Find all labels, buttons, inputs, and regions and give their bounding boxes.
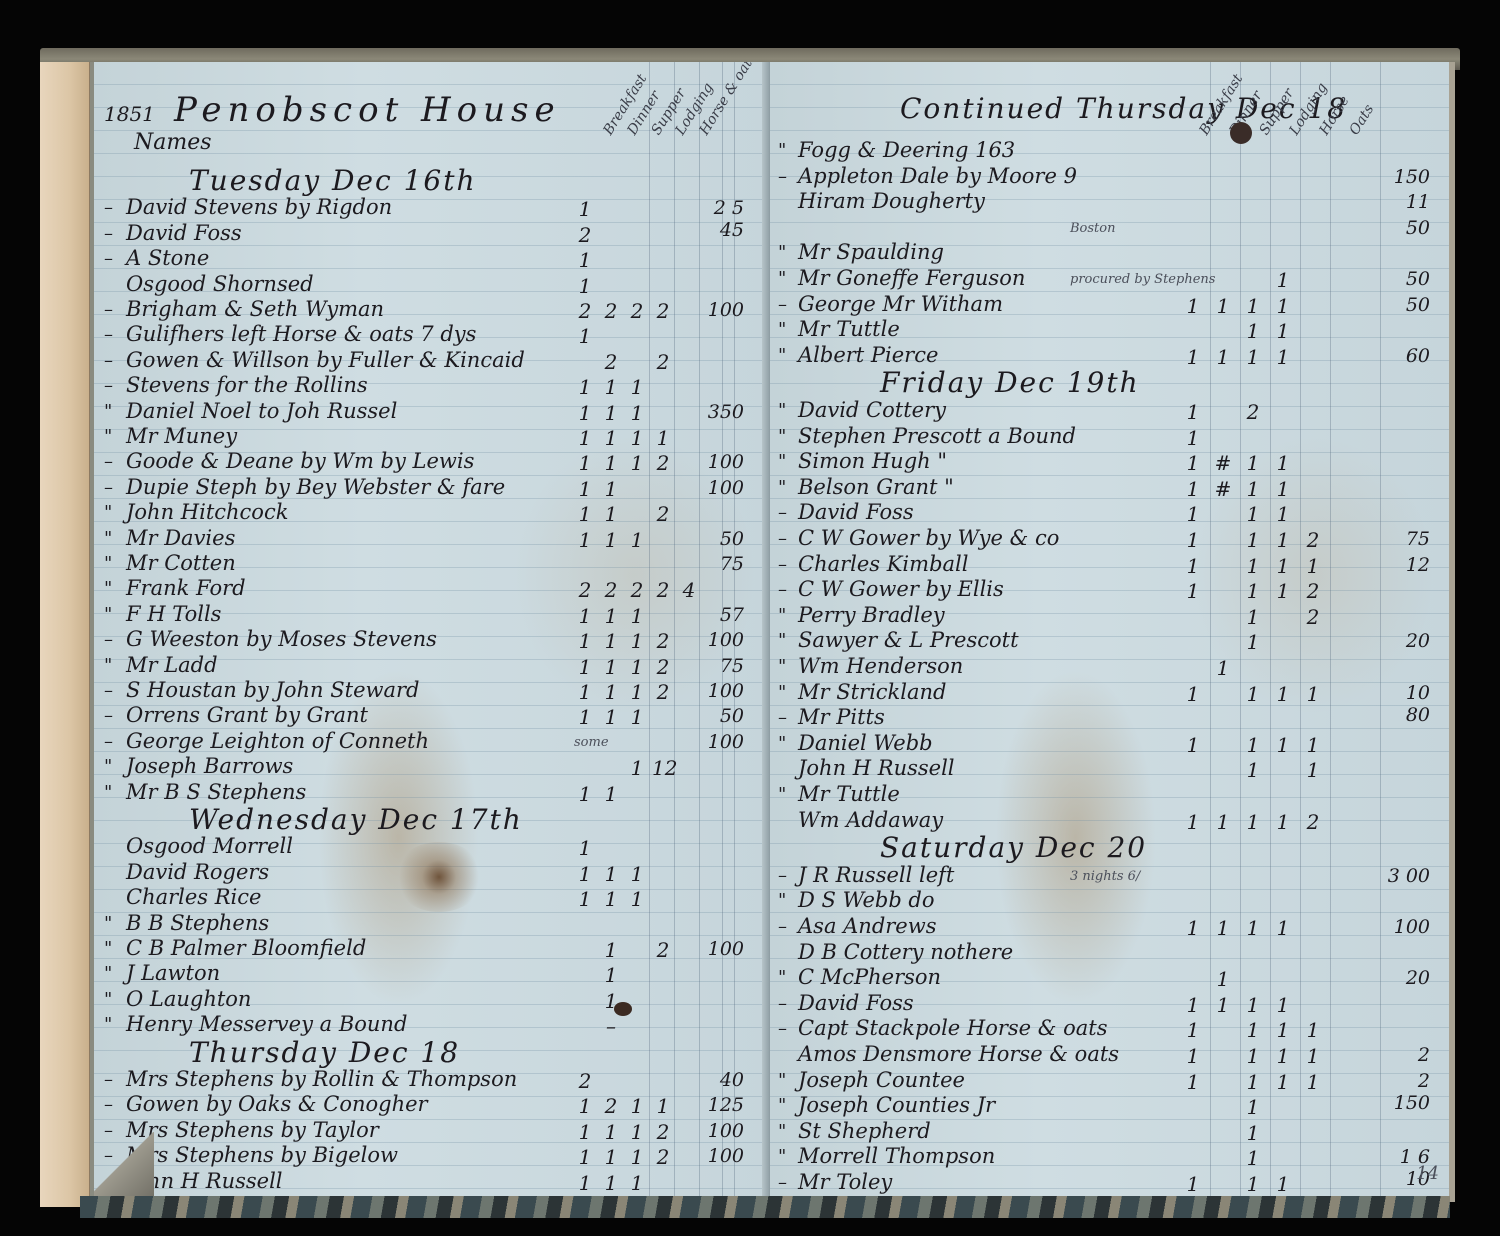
tally-cell: –: [600, 1014, 622, 1038]
row-mark: –: [778, 865, 787, 886]
guest-name: C W Gower by Ellis: [798, 577, 1004, 601]
tally-cell: 4: [678, 578, 700, 602]
row-mark: ": [104, 528, 112, 549]
amount: 100: [694, 1145, 744, 1167]
ink-stain: [394, 842, 484, 912]
guest-name: Capt Stackpole Horse & oats: [798, 1016, 1108, 1040]
tally-cell: 1: [1272, 268, 1294, 292]
tally-cell: 1: [1182, 1070, 1204, 1094]
tally-cell: 1: [600, 938, 622, 962]
tally-cell: 1: [1182, 733, 1204, 757]
guest-name: Daniel Noel to Joh Russel: [126, 399, 397, 423]
row-mark: –: [778, 294, 787, 315]
row-mark: –: [778, 166, 787, 187]
tally-cell: 1: [574, 862, 596, 886]
guest-name: J Lawton: [126, 961, 220, 985]
tally-cell: 1: [1242, 345, 1264, 369]
row-mark: –: [778, 554, 787, 575]
tally-cell: 1: [1242, 502, 1264, 526]
tally-cell: 1: [1182, 294, 1204, 318]
guest-name: George Mr Witham: [798, 292, 1003, 316]
tally-cell: 1: [600, 1145, 622, 1169]
tally-cell: 1: [574, 375, 596, 399]
guest-name: David Cottery: [798, 398, 946, 422]
guest-name: C W Gower by Wye & co: [798, 526, 1059, 550]
row-mark: –: [778, 993, 787, 1014]
tally-cell: 1: [1272, 528, 1294, 552]
guest-name: Charles Kimball: [798, 552, 968, 576]
tally-cell: 1: [1242, 1172, 1264, 1196]
guest-name: B B Stephens: [126, 911, 269, 935]
amount: 100: [694, 629, 744, 651]
tally-cell: 2: [652, 350, 674, 374]
tally-cell: 2: [574, 223, 596, 247]
names-column-label: Names: [134, 130, 212, 155]
tally-cell: 1: [1272, 1044, 1294, 1068]
amount: 50: [1380, 294, 1430, 316]
guest-name: David Foss: [126, 221, 242, 245]
tally-cell: 1: [1242, 1018, 1264, 1042]
amount: 100: [694, 477, 744, 499]
guest-name: Simon Hugh ": [798, 449, 947, 473]
tally-cell: 1: [1272, 993, 1294, 1017]
tally-cell: 1: [1272, 502, 1294, 526]
tally-cell: 1: [1182, 451, 1204, 475]
tally-cell: 1: [1242, 554, 1264, 578]
amount: 12: [1380, 554, 1430, 576]
tally-cell: 1: [1302, 682, 1324, 706]
tally-cell: 1: [626, 604, 648, 628]
row-mark: –: [778, 707, 787, 728]
tally-cell: 1: [1272, 554, 1294, 578]
entry-note: procured by Stephens: [1070, 272, 1215, 287]
tally-cell: 1: [1272, 477, 1294, 501]
row-mark: –: [778, 528, 787, 549]
row-mark: –: [778, 1172, 787, 1193]
row-mark: ": [778, 1146, 786, 1167]
row-mark: ": [778, 1070, 786, 1091]
guest-name: Asa Andrews: [798, 914, 937, 938]
tally-cell: 1: [1182, 579, 1204, 603]
tally-cell: 1: [574, 248, 596, 272]
tally-cell: 1: [1182, 345, 1204, 369]
tally-cell: 1: [600, 782, 622, 806]
tally-cell: 1: [1272, 1172, 1294, 1196]
tally-cell: #: [1212, 477, 1234, 501]
tally-cell: 1: [574, 1145, 596, 1169]
tally-cell: 2: [652, 451, 674, 475]
tally-cell: 1: [1272, 810, 1294, 834]
row-mark: –: [104, 1069, 113, 1090]
guest-name: C McPherson: [798, 965, 941, 989]
left-page: 1851 Penobscot House Names BreakfastDinn…: [90, 62, 770, 1202]
row-mark: –: [104, 375, 113, 396]
guest-name: Mr Muney: [126, 424, 237, 448]
tally-cell: 1: [574, 401, 596, 425]
tally-cell: 1: [600, 887, 622, 911]
tally-cell: 1: [600, 705, 622, 729]
tally-cell: 1: [600, 401, 622, 425]
tally-cell: 1: [1242, 630, 1264, 654]
row-mark: ": [104, 401, 112, 422]
tally-cell: 2: [652, 938, 674, 962]
guest-name: George Leighton of Conneth: [126, 729, 429, 753]
tally-cell: 1: [1242, 1044, 1264, 1068]
row-mark: –: [104, 680, 113, 701]
row-mark: ": [778, 630, 786, 651]
row-mark: ": [778, 242, 786, 263]
tally-cell: 2: [1242, 400, 1264, 424]
tally-cell: 1: [574, 1171, 596, 1195]
amount: 100: [1380, 916, 1430, 938]
entry-note: 3 nights 6/: [1070, 869, 1140, 884]
row-mark: ": [778, 451, 786, 472]
row-mark: –: [104, 350, 113, 371]
row-mark: –: [778, 579, 787, 600]
tally-cell: 2: [600, 1094, 622, 1118]
tally-cell: 1: [600, 528, 622, 552]
tally-cell: 1: [1272, 294, 1294, 318]
tally-cell: 1: [1272, 916, 1294, 940]
guest-name: Osgood Shornsed: [126, 272, 314, 296]
amount: 100: [694, 299, 744, 321]
row-mark: ": [778, 345, 786, 366]
row-mark: ": [104, 604, 112, 625]
tally-cell: 1: [574, 836, 596, 860]
row-mark: –: [104, 248, 113, 269]
tally-cell: 2: [652, 629, 674, 653]
tally-cell: 2: [652, 578, 674, 602]
guest-name: John H Russell: [798, 756, 955, 780]
tally-cell: 1: [1242, 1121, 1264, 1145]
row-mark: ": [104, 782, 112, 803]
open-ledger-book: 1851 Penobscot House Names BreakfastDinn…: [40, 48, 1470, 1218]
guest-name: Perry Bradley: [798, 603, 945, 627]
tally-cell: 1: [1182, 993, 1204, 1017]
tally-cell: 1: [652, 1094, 674, 1118]
guest-name: Mrs Stephens by Taylor: [126, 1118, 379, 1142]
tally-cell: 1: [600, 604, 622, 628]
guest-name: Brigham & Seth Wyman: [126, 297, 384, 321]
tally-cell: 1: [1272, 733, 1294, 757]
guest-name: John Hitchcock: [126, 500, 288, 524]
tally-cell: 2: [574, 578, 596, 602]
amount: 60: [1380, 345, 1430, 367]
guest-name: Belson Grant ": [798, 475, 954, 499]
year-label: 1851: [104, 102, 155, 126]
day-heading: Friday Dec 19th: [880, 366, 1140, 399]
day-heading: Tuesday Dec 16th: [189, 164, 477, 197]
guest-name: Stevens for the Rollins: [126, 373, 368, 397]
tally-cell: 1: [1302, 1044, 1324, 1068]
row-mark: ": [778, 426, 786, 447]
tally-cell: 1: [1182, 810, 1204, 834]
guest-name: Osgood Morrell: [126, 834, 293, 858]
right-page: Continued Thursday Dec 18 BreakfastDinne…: [770, 62, 1455, 1202]
row-mark: ": [104, 655, 112, 676]
tally-cell: 1: [1302, 1018, 1324, 1042]
tally-cell: 1: [1182, 528, 1204, 552]
tally-cell: 1: [1272, 1070, 1294, 1094]
amount: 57: [694, 604, 744, 626]
amount: 20: [1380, 967, 1430, 989]
row-mark: –: [104, 477, 113, 498]
tally-cell: 2: [1302, 579, 1324, 603]
guest-name: Mr Pitts: [798, 705, 885, 729]
tally-cell: 1: [1212, 967, 1234, 991]
guest-name: Frank Ford: [126, 576, 246, 600]
row-mark: ": [778, 140, 786, 161]
row-mark: ": [104, 963, 112, 984]
row-mark: ": [778, 605, 786, 626]
guest-name: Joseph Barrows: [126, 754, 293, 778]
ledger-row: Hiram Dougherty11: [770, 191, 1449, 218]
amount: 3 00: [1380, 865, 1430, 887]
guest-name: David Foss: [798, 991, 914, 1015]
guest-name: S Houstan by John Steward: [126, 678, 419, 702]
tally-cell: 1: [574, 1094, 596, 1118]
row-mark: ": [778, 733, 786, 754]
tally-cell: 1: [1242, 758, 1264, 782]
tally-cell: 1: [1242, 477, 1264, 501]
guest-name: Mr Cotten: [126, 551, 236, 575]
row-mark: ": [778, 682, 786, 703]
guest-name: D S Webb do: [798, 888, 935, 912]
guest-name: Mrs Stephens by Bigelow: [126, 1143, 398, 1167]
tally-cell: 1: [600, 680, 622, 704]
row-mark: ": [778, 400, 786, 421]
guest-name: Amos Densmore Horse & oats: [798, 1042, 1119, 1066]
tally-cell: 1: [574, 197, 596, 221]
tally-cell: 1: [1242, 579, 1264, 603]
tally-cell: 2: [652, 680, 674, 704]
guest-name: Fogg & Deering 163: [798, 138, 1015, 162]
tally-cell: 1: [626, 629, 648, 653]
guest-name: Gowen by Oaks & Conogher: [126, 1092, 428, 1116]
guest-name: Stephen Prescott a Bound: [798, 424, 1076, 448]
row-mark: ": [104, 1014, 112, 1035]
page-title: Penobscot House: [174, 90, 561, 130]
row-mark: –: [104, 299, 113, 320]
tally-cell: 1: [626, 1120, 648, 1144]
row-mark: –: [104, 1094, 113, 1115]
column-header: Oats: [1346, 102, 1377, 138]
amount: 75: [694, 655, 744, 677]
row-mark: –: [104, 451, 113, 472]
tally-cell: 1: [626, 680, 648, 704]
row-mark: ": [104, 502, 112, 523]
tally-cell: 1: [626, 887, 648, 911]
tally-cell: 1: [1272, 451, 1294, 475]
guest-name: Goode & Deane by Wm by Lewis: [126, 449, 474, 473]
tally-cell: 1: [574, 680, 596, 704]
entry-note: some: [574, 735, 609, 750]
day-heading: Wednesday Dec 17th: [189, 803, 523, 836]
tally-cell: 1: [1302, 758, 1324, 782]
guest-name: Joseph Countee: [798, 1068, 965, 1092]
tally-cell: 1: [600, 426, 622, 450]
tally-cell: 1: [1242, 605, 1264, 629]
tally-cell: 1: [574, 604, 596, 628]
day-heading: Thursday Dec 18: [189, 1036, 460, 1069]
amount: 40: [694, 1069, 744, 1091]
tally-cell: 1: [626, 1145, 648, 1169]
tally-cell: 1: [626, 705, 648, 729]
row-mark: ": [778, 319, 786, 340]
tally-cell: 1: [574, 1120, 596, 1144]
tally-cell: 1: [1272, 682, 1294, 706]
entry-note: Boston: [1070, 221, 1115, 236]
row-mark: ": [104, 426, 112, 447]
guest-name: Mr Strickland: [798, 680, 947, 704]
tally-cell: 1: [574, 502, 596, 526]
tally-cell: 2: [652, 299, 674, 323]
guest-name: Albert Pierce: [798, 343, 938, 367]
tally-cell: 1: [1242, 1146, 1264, 1170]
row-mark: ": [104, 913, 112, 934]
guest-name: Mrs Stephens by Rollin & Thompson: [126, 1067, 517, 1091]
row-mark: –: [104, 223, 113, 244]
guest-name: David Foss: [798, 500, 914, 524]
row-mark: –: [778, 502, 787, 523]
tally-cell: 2: [626, 578, 648, 602]
tally-cell: 1: [574, 887, 596, 911]
tally-cell: 12: [652, 756, 674, 780]
row-mark: –: [104, 324, 113, 345]
amount: 75: [1380, 528, 1430, 550]
tally-cell: 1: [574, 655, 596, 679]
page-corner: [94, 1132, 154, 1202]
amount: 50: [694, 705, 744, 727]
guest-name: Wm Addaway: [798, 808, 943, 832]
tally-cell: 1: [574, 477, 596, 501]
tally-cell: 2: [600, 299, 622, 323]
row-mark: ": [104, 553, 112, 574]
guest-name: Joseph Counties Jr: [798, 1093, 995, 1117]
guest-name: Charles Rice: [126, 885, 261, 909]
row-mark: –: [104, 705, 113, 726]
guest-name: David Rogers: [126, 860, 269, 884]
tally-cell: 1: [600, 477, 622, 501]
tally-cell: 1: [1302, 1070, 1324, 1094]
tally-cell: 1: [626, 528, 648, 552]
amount: 100: [694, 680, 744, 702]
tally-cell: 1: [1182, 502, 1204, 526]
row-mark: ": [104, 578, 112, 599]
tally-cell: 1: [574, 324, 596, 348]
amount: 50: [694, 528, 744, 550]
row-mark: ": [104, 989, 112, 1010]
amount: 100: [694, 938, 744, 960]
row-mark: ": [778, 967, 786, 988]
guest-name: C B Palmer Bloomfield: [126, 936, 366, 960]
tally-cell: 1: [1242, 733, 1264, 757]
guest-name: Henry Messervey a Bound: [126, 1012, 407, 1036]
amount: 2: [1380, 1044, 1430, 1066]
guest-name: Daniel Webb: [798, 731, 933, 755]
tally-cell: 1: [1272, 1018, 1294, 1042]
row-mark: ": [778, 784, 786, 805]
tally-cell: 2: [652, 1145, 674, 1169]
tally-cell: 1: [1182, 400, 1204, 424]
tally-cell: 1: [1212, 345, 1234, 369]
guest-name: F H Tolls: [126, 602, 221, 626]
guest-name: St Shepherd: [798, 1119, 931, 1143]
tally-cell: 1: [1242, 993, 1264, 1017]
row-mark: ": [778, 477, 786, 498]
tally-cell: 1: [574, 426, 596, 450]
tally-cell: 1: [626, 426, 648, 450]
tally-cell: 1: [1242, 1095, 1264, 1119]
tally-cell: 1: [1242, 294, 1264, 318]
amount: 150: [1380, 166, 1430, 188]
tally-cell: 1: [574, 451, 596, 475]
tally-cell: 1: [600, 451, 622, 475]
tally-cell: 1: [1272, 345, 1294, 369]
row-mark: ": [778, 890, 786, 911]
tally-cell: 2: [574, 299, 596, 323]
row-mark: ": [104, 938, 112, 959]
tally-cell: 1: [1182, 554, 1204, 578]
tally-cell: 1: [600, 862, 622, 886]
tally-cell: 1: [1212, 916, 1234, 940]
tally-cell: 1: [1242, 528, 1264, 552]
guest-name: Mr Goneffe Ferguson: [798, 266, 1025, 290]
guest-name: Hiram Dougherty: [798, 189, 985, 213]
tally-cell: 1: [1182, 682, 1204, 706]
tally-cell: 1: [1242, 319, 1264, 343]
tally-cell: 2: [652, 502, 674, 526]
guest-name: O Laughton: [126, 987, 251, 1011]
tally-cell: 1: [1242, 916, 1264, 940]
amount: 100: [694, 731, 744, 753]
tally-cell: 1: [1182, 1018, 1204, 1042]
row-mark: –: [104, 629, 113, 650]
tally-cell: 1: [1302, 554, 1324, 578]
tally-cell: 1: [1242, 451, 1264, 475]
tally-cell: 1: [600, 655, 622, 679]
tally-cell: 2: [1302, 528, 1324, 552]
amount: 20: [1380, 630, 1430, 652]
amount: 11: [1380, 191, 1430, 213]
amount: 50: [1380, 217, 1430, 239]
book-cover-bottom-edge: [80, 1196, 1450, 1218]
tally-cell: 2: [652, 1120, 674, 1144]
row-mark: ": [778, 656, 786, 677]
guest-name: David Stevens by Rigdon: [126, 195, 392, 219]
row-mark: –: [778, 916, 787, 937]
amount: 50: [1380, 268, 1430, 290]
amount: 125: [694, 1094, 744, 1116]
tally-cell: 1: [1242, 810, 1264, 834]
tally-cell: 1: [1212, 810, 1234, 834]
tally-cell: 1: [1182, 426, 1204, 450]
guest-name: Mr Spaulding: [798, 240, 944, 264]
tally-cell: 1: [1182, 1044, 1204, 1068]
guest-name: Appleton Dale by Moore 9: [798, 164, 1077, 188]
guest-name: Mr Toley: [798, 1170, 892, 1194]
tally-cell: 1: [1242, 682, 1264, 706]
tally-cell: 1: [600, 502, 622, 526]
tally-cell: 1: [626, 1094, 648, 1118]
tally-cell: 1: [1182, 916, 1204, 940]
tally-cell: 1: [600, 375, 622, 399]
tally-cell: 1: [1182, 477, 1204, 501]
tally-cell: #: [1212, 451, 1234, 475]
amount: 75: [694, 553, 744, 575]
tally-cell: 2: [574, 1069, 596, 1093]
book-spine-strip: [40, 62, 90, 1207]
